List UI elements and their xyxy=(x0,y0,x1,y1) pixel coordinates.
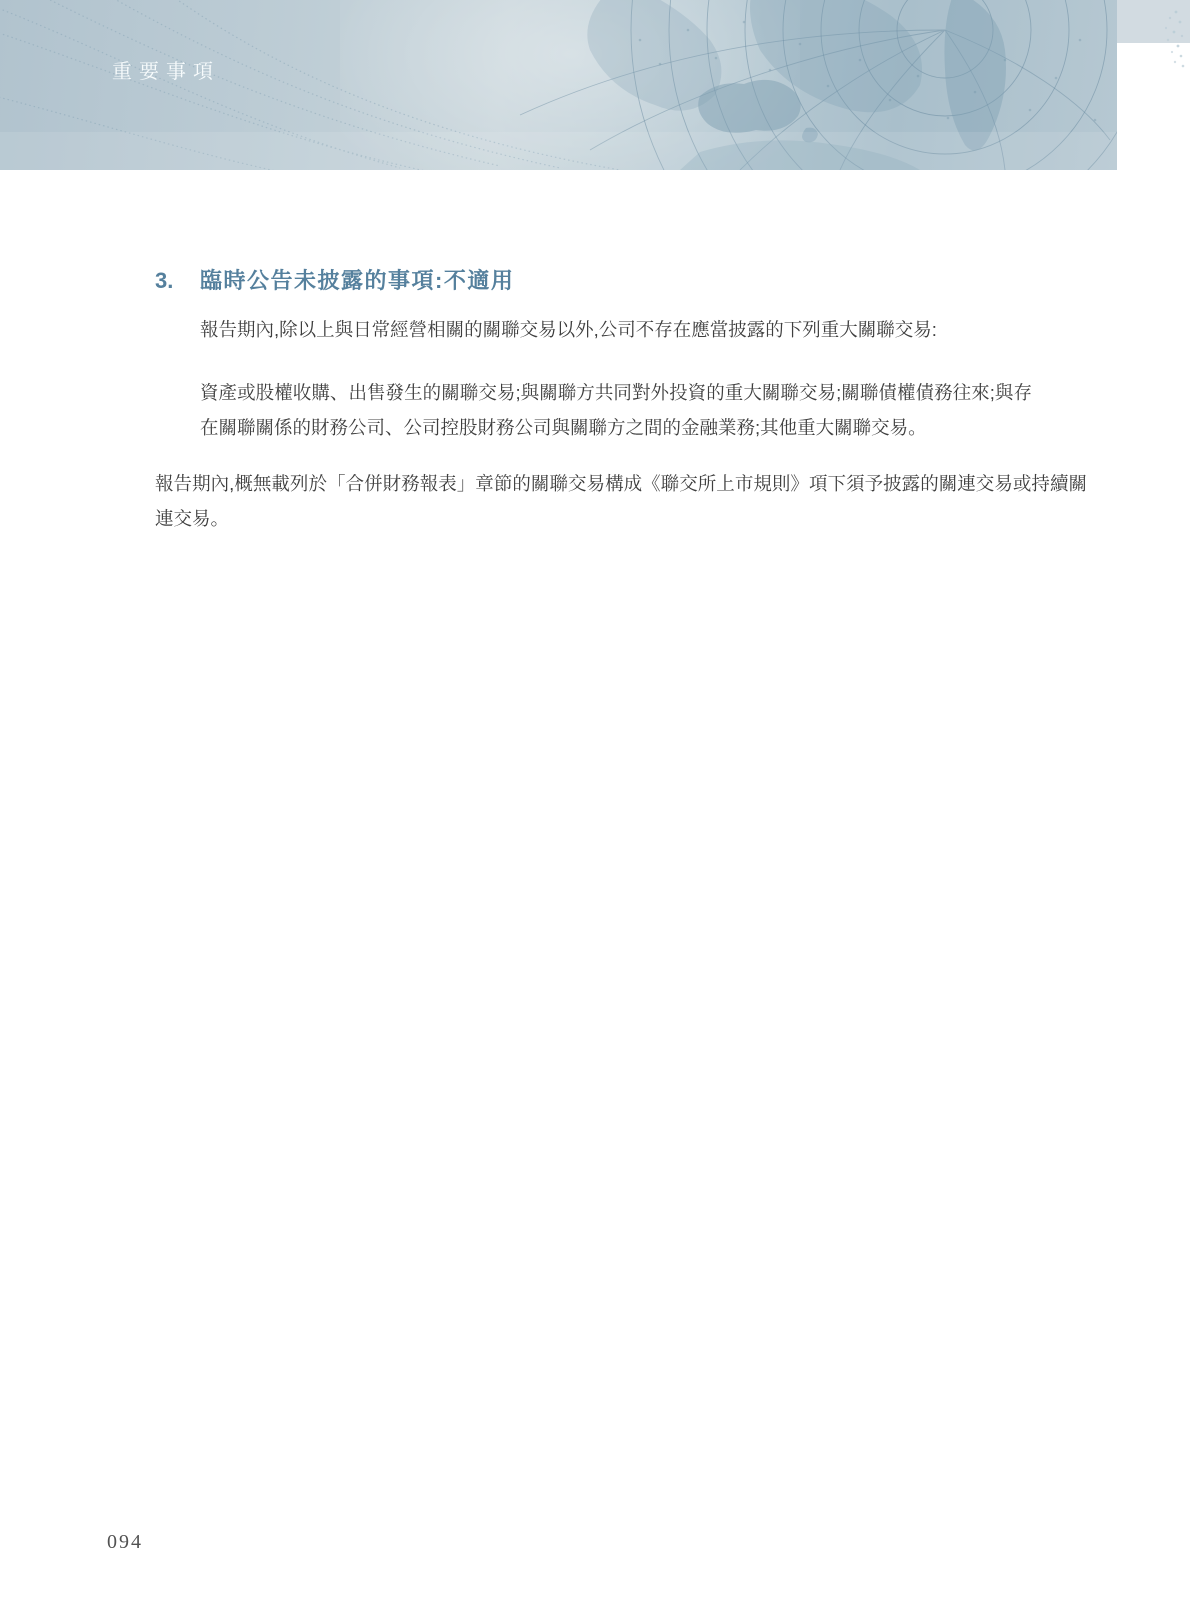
corner-texture-decoration xyxy=(1128,6,1186,70)
section-heading: 3. 臨時公告未披露的事項:不適用 xyxy=(155,266,1087,296)
paragraph-related-transactions-intro: 報告期內,除以上與日常經營相關的關聯交易以外,公司不存在應當披露的下列重大關聯交… xyxy=(200,312,1032,347)
header-title: 重要事項 xyxy=(112,59,220,85)
section-content: 3. 臨時公告未披露的事項:不適用 報告期內,除以上與日常經營相關的關聯交易以外… xyxy=(155,266,1087,536)
page-number: 094 xyxy=(107,1529,143,1555)
paragraph-related-transactions-detail: 資產或股權收購、出售發生的關聯交易;與關聯方共同對外投資的重大關聯交易;關聯債權… xyxy=(200,375,1032,445)
section-number: 3. xyxy=(155,266,200,296)
world-map-graphic xyxy=(0,0,1117,170)
paragraph-listing-rules-statement: 報告期內,概無載列於「合併財務報表」章節的關聯交易構成《聯交所上市規則》項下須予… xyxy=(155,466,1087,536)
document-page: 重要事項 3. 臨時公告未披露的事項:不適用 報告期內,除以上與日常經營相關的關… xyxy=(0,0,1190,1615)
section-title: 臨時公告未披露的事項:不適用 xyxy=(200,266,514,296)
header-banner: 重要事項 xyxy=(0,0,1117,170)
